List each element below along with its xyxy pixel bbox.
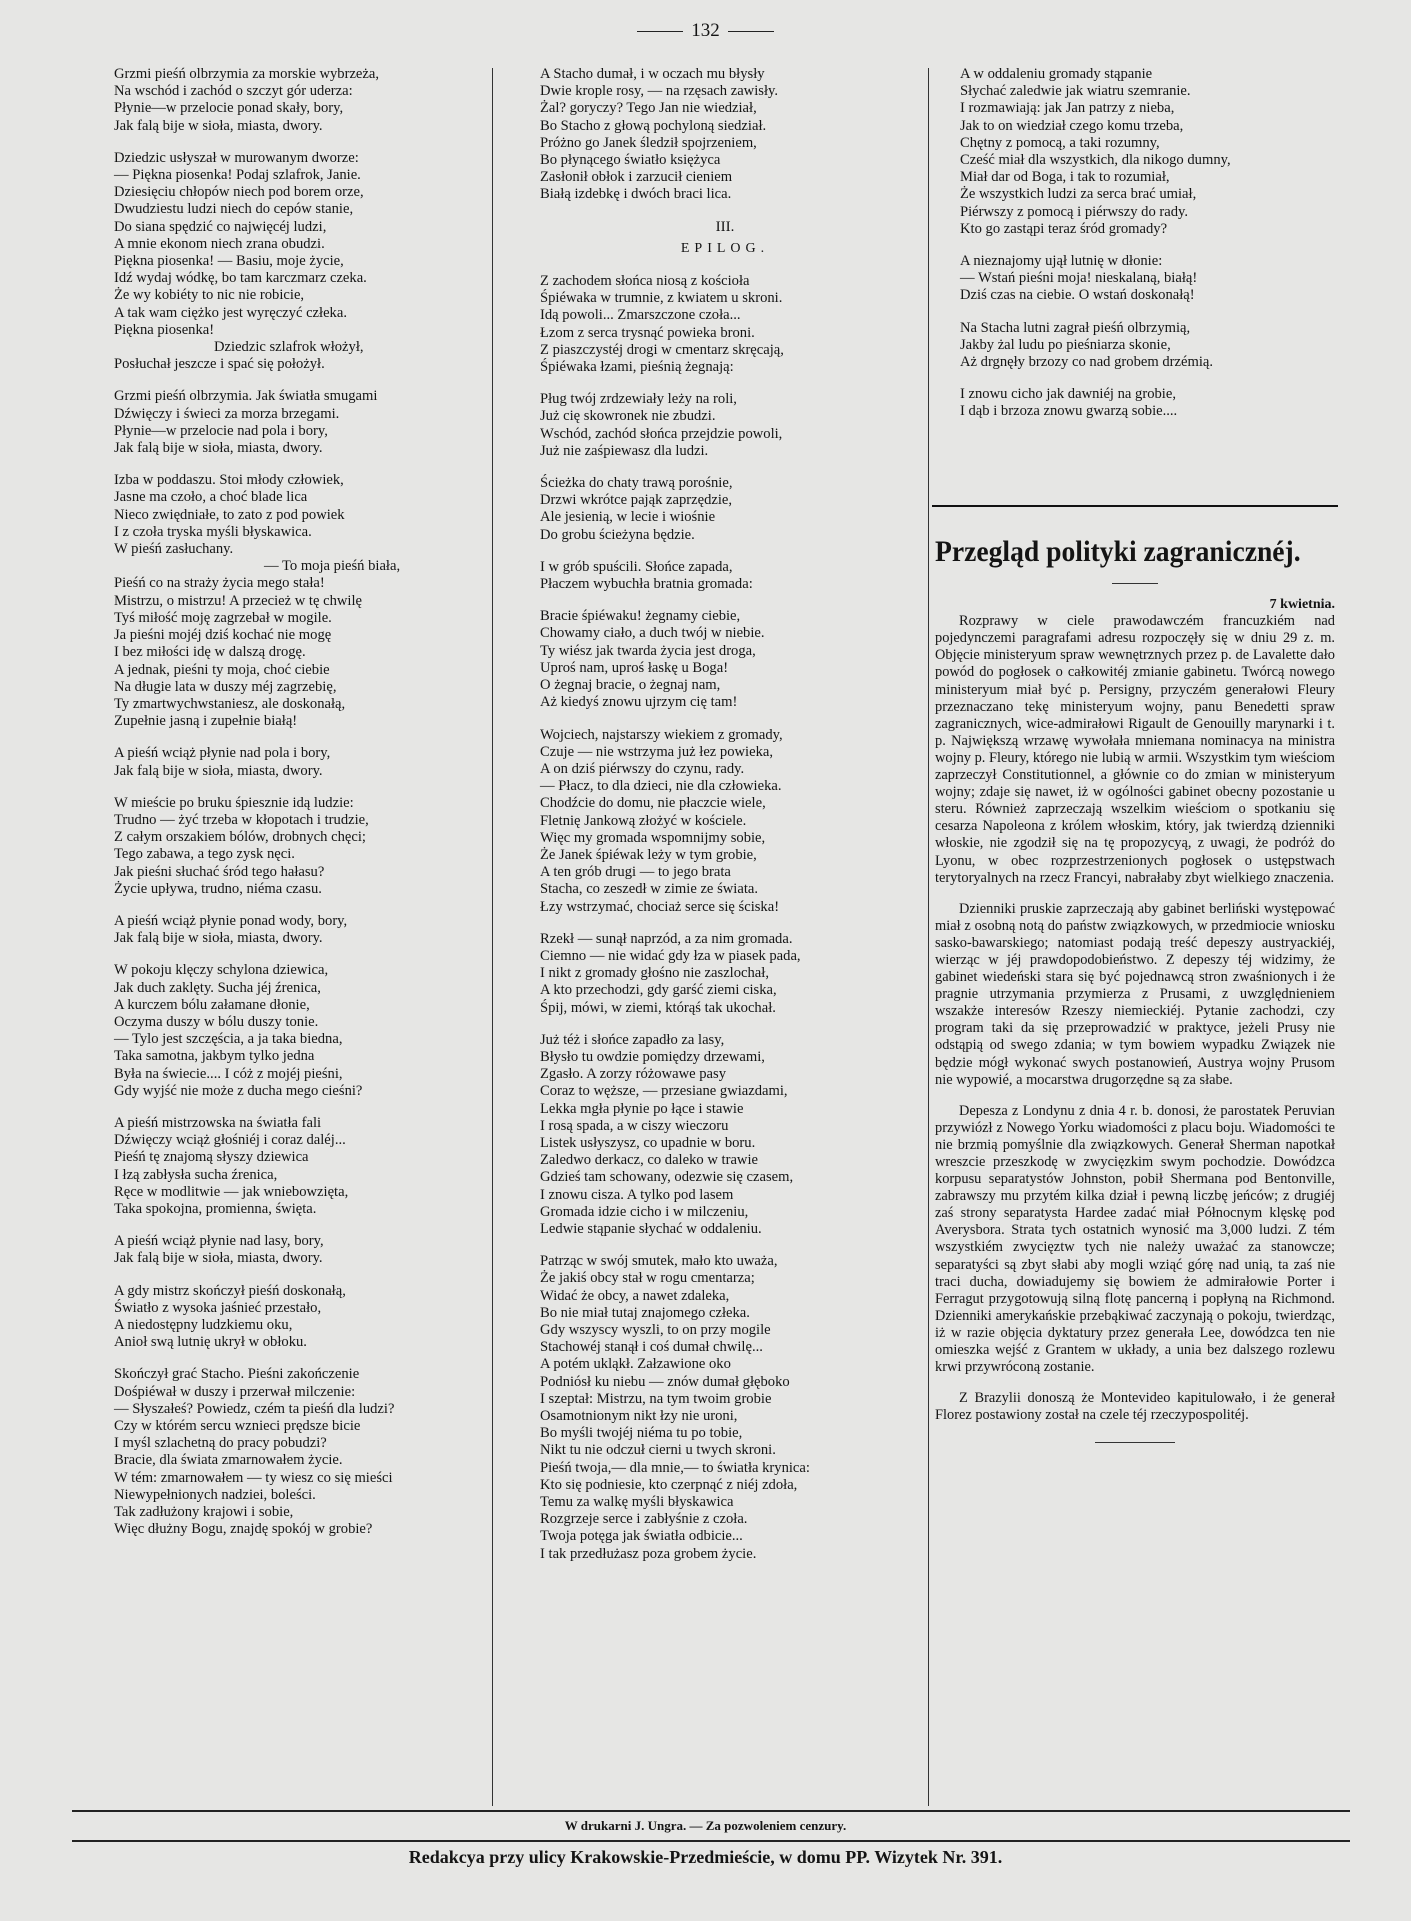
verse-line: Że wszystkich ludzi za serca brać umiał, xyxy=(960,186,1330,203)
verse-line: Idą powoli... Zmarszczone czoła... xyxy=(540,307,910,324)
title-rule xyxy=(1112,583,1158,584)
verse-line: Jak falą bije w sioła, miasta, dwory. xyxy=(114,1250,469,1267)
verse-line: Rzekł — sunął naprzód, a za nim gromada. xyxy=(540,931,910,948)
verse-line: I łzą zabłysła sucha źrenica, xyxy=(114,1167,469,1184)
verse-line: Osamotnionym nikt łzy nie uroni, xyxy=(540,1408,910,1425)
verse-line: Zupełnie jasną i zupełnie białą! xyxy=(114,713,469,730)
verse-line: Światło z wysoka jaśnieć przestało, xyxy=(114,1300,469,1317)
verse-line: Czuje — nie wstrzyma już łez powieka, xyxy=(540,744,910,761)
verse-line: Stachowéj stanął i coś dumał chwilę... xyxy=(540,1339,910,1356)
verse-line: Do siana spędzić co najwięcéj ludzi, xyxy=(114,219,469,236)
verse-line: I dąb i brzoza znowu gwarzą sobie.... xyxy=(960,403,1330,420)
verse-line: Jak falą bije w sioła, miasta, dwory. xyxy=(114,763,469,780)
stanza: W mieście po bruku śpiesznie idą ludzie:… xyxy=(114,795,469,898)
stanza: A pieśń wciąż płynie nad pola i bory,Jak… xyxy=(114,745,469,779)
verse-line: — Słyszałeś? Powiedz, czém ta pieśń dla … xyxy=(114,1401,469,1418)
verse-line: I bez miłości idę w dalszą drogę. xyxy=(114,644,469,661)
footer-rule xyxy=(72,1840,1350,1842)
verse-line: A on dziś piérwszy do czynu, rady. xyxy=(540,761,910,778)
verse-line: Była na świecie.... I cóż z mojéj pieśni… xyxy=(114,1066,469,1083)
stanza: W pokoju klęczy schylona dziewica,Jak du… xyxy=(114,962,469,1100)
verse-line: Już téż i słońce zapadło za lasy, xyxy=(540,1032,910,1049)
verse-line: Mistrzu, o mistrzu! A przecież w tę chwi… xyxy=(114,593,469,610)
verse-line: Oczyma duszy w bólu duszy tonie. xyxy=(114,1014,469,1031)
verse-line: Idź wydaj wódkę, bo tam karczmarz czeka. xyxy=(114,270,469,287)
verse-line: Do grobu ścieżyna będzie. xyxy=(540,527,910,544)
verse-line: O żegnaj bracie, o żegnaj nam, xyxy=(540,677,910,694)
verse-line: Jak pieśni słuchać śród tego hałasu? xyxy=(114,864,469,881)
verse-line: Na wschód i zachód o szczyt gór uderza: xyxy=(114,83,469,100)
verse-line: Płynie—w przelocie ponad skały, bory, xyxy=(114,100,469,117)
article-paragraph: Depesza z Londynu z dnia 4 r. b. donosi,… xyxy=(935,1103,1335,1377)
verse-line: Anioł swą lutnię ukrył w obłoku. xyxy=(114,1334,469,1351)
column-2-poem: A Stacho dumał, i w oczach mu błysłyDwie… xyxy=(540,66,910,1578)
verse-line: Jak duch zaklęty. Sucha jéj źrenica, xyxy=(114,980,469,997)
verse-line: Więc my gromada wspomnijmy sobie, xyxy=(540,830,910,847)
verse-line: A gdy mistrz skończył pieśń doskonałą, xyxy=(114,1283,469,1300)
verse-line: Chowamy ciało, a duch twój w niebie. xyxy=(540,625,910,642)
verse-line: Piękna piosenka! — Basiu, moje życie, xyxy=(114,253,469,270)
verse-line: Ty zmartwychwstaniesz, ale doskonałą, xyxy=(114,696,469,713)
verse-line: Dziesięciu chłopów niech pod borem orze, xyxy=(114,184,469,201)
verse-line: Kto się podniesie, kto czerpnąć z niéj z… xyxy=(540,1477,910,1494)
verse-line: Bo płynącego światło księżyca xyxy=(540,152,910,169)
foreign-policy-article: Przegląd polityki zagranicznéj. 7 kwietn… xyxy=(935,535,1335,1461)
verse-line: Pieśń tę znajomą słyszy dziewica xyxy=(114,1149,469,1166)
verse-line: Bracie, dla świata zmarnowałem życie. xyxy=(114,1452,469,1469)
verse-line: I w grób spuścili. Słońce zapada, xyxy=(540,559,910,576)
verse-line: — Płacz, to dla dzieci, nie dla człowiek… xyxy=(540,778,910,795)
verse-line: Gdy wyjść nie może z ducha mego cieśni? xyxy=(114,1083,469,1100)
article-paragraph: Z Brazylii donoszą że Montevideo kapitul… xyxy=(935,1390,1335,1424)
verse-line: — Tylo jest szczęścia, a ja taka biedna, xyxy=(114,1031,469,1048)
verse-line: Izba w poddaszu. Stoi młody człowiek, xyxy=(114,472,469,489)
stanza: I w grób spuścili. Słońce zapada,Płaczem… xyxy=(540,559,910,593)
verse-line: I nikt z gromady głośno nie zaszlochał, xyxy=(540,965,910,982)
verse-line: Listek usłyszysz, co upadnie w boru. xyxy=(540,1135,910,1152)
stanza: Na Stacha lutni zagrał pieśń olbrzymią,J… xyxy=(960,320,1330,372)
verse-line: Tyś miłość moję zagrzebał w mogile. xyxy=(114,610,469,627)
column-divider xyxy=(492,68,493,1806)
verse-line: W pokoju klęczy schylona dziewica, xyxy=(114,962,469,979)
verse-line: Aż drgnęły brzozy co nad grobem drzémią. xyxy=(960,354,1330,371)
verse-line: I tak przedłużasz poza grobem życie. xyxy=(540,1546,910,1563)
verse-line: Słychać zaledwie jak wiatru szemranie. xyxy=(960,83,1330,100)
verse-line: Stacha, co zeszedł w zimie ze świata. xyxy=(540,881,910,898)
verse-line: Ja pieśni mojéj dziś kochać nie mogę xyxy=(114,627,469,644)
verse-line: Jak falą bije w sioła, miasta, dwory. xyxy=(114,440,469,457)
verse-line: Gdy wszyscy wyszli, to on przy mogile xyxy=(540,1322,910,1339)
verse-line: Że wy kobiéty to nic nie robicie, xyxy=(114,287,469,304)
verse-line: Twoja potęga jak światła odbicie... xyxy=(540,1528,910,1545)
verse-line: Że Janek śpiéwak leży w tym grobie, xyxy=(540,847,910,864)
stanza: Grzmi pieśń olbrzymia za morskie wybrzeż… xyxy=(114,66,469,135)
verse-line: A pieśń wciąż płynie ponad wody, bory, xyxy=(114,913,469,930)
verse-line: Próżno go Janek śledził spojrzeniem, xyxy=(540,135,910,152)
verse-line: Bracie śpiéwaku! żegnamy ciebie, xyxy=(540,608,910,625)
verse-line: A ten grób drugi — to jego brata xyxy=(540,864,910,881)
verse-line: Białą izdebkę i dwóch braci lica. xyxy=(540,186,910,203)
stanza: Wojciech, najstarszy wiekiem z gromady,C… xyxy=(540,727,910,916)
verse-line: Widać że obcy, a nawet zdaleka, xyxy=(540,1288,910,1305)
stanza: Skończył grać Stacho. Pieśni zakończenie… xyxy=(114,1366,469,1538)
verse-line: Gromada idzie cicho i w milczeniu, xyxy=(540,1204,910,1221)
verse-line: Wojciech, najstarszy wiekiem z gromady, xyxy=(540,727,910,744)
verse-line: Uproś nam, uproś łaskę u Boga! xyxy=(540,660,910,677)
verse-line: Już cię skowronek nie zbudzi. xyxy=(540,408,910,425)
verse-line: Łzy wstrzymać, chociaż serce się ściska! xyxy=(540,899,910,916)
verse-line: Śpij, mówi, w ziemi, którąś tak ukochał. xyxy=(540,1000,910,1017)
article-date: 7 kwietnia. xyxy=(935,596,1335,613)
stanza: A nieznajomy ujął lutnię w dłonie:— Wsta… xyxy=(960,253,1330,305)
verse-line: Pług twój zrdzewiały leży na roli, xyxy=(540,391,910,408)
verse-line: Z piaszczystéj drogi w cmentarz skręcają… xyxy=(540,342,910,359)
verse-line: A w oddaleniu gromady stąpanie xyxy=(960,66,1330,83)
stanza: Bracie śpiéwaku! żegnamy ciebie,Chowamy … xyxy=(540,608,910,711)
verse-line: Fletnię Jankową złożyć w kościele. xyxy=(540,813,910,830)
verse-line: Chodźcie do domu, nie płaczcie wiele, xyxy=(540,795,910,812)
stanza: A Stacho dumał, i w oczach mu błysłyDwie… xyxy=(540,66,910,204)
verse-line: Czy w którém sercu wznieci prędsze bicie xyxy=(114,1418,469,1435)
column-divider xyxy=(928,68,929,1806)
verse-line: Życie upływa, trudno, niéma czasu. xyxy=(114,881,469,898)
verse-line: Na długie lata w duszy méj zagrzebię, xyxy=(114,679,469,696)
verse-line: Zgasło. A zorzy różowawe pasy xyxy=(540,1066,910,1083)
verse-line: I myśl szlachetną do pracy pobudzi? xyxy=(114,1435,469,1452)
verse-line: A jednak, pieśni ty moja, choć ciebie xyxy=(114,662,469,679)
verse-line: — Piękna piosenka! Podaj szlafrok, Janie… xyxy=(114,167,469,184)
verse-line: Że jakiś obcy stał w rogu cmentarza; xyxy=(540,1270,910,1287)
verse-line: Trudno — żyć trzeba w kłopotach i trudzi… xyxy=(114,812,469,829)
article-paragraph: Dzienniki pruskie zaprzeczają aby gabine… xyxy=(935,901,1335,1089)
verse-line: Dośpiéwał w duszy i przerwał milczenie: xyxy=(114,1384,469,1401)
verse-line: Żal? goryczy? Tego Jan nie wiedział, xyxy=(540,100,910,117)
verse-line: Jak falą bije w sioła, miasta, dwory. xyxy=(114,118,469,135)
stanza: A w oddaleniu gromady stąpanieSłychać za… xyxy=(960,66,1330,238)
verse-line: A pieśń wciąż płynie nad pola i bory, xyxy=(114,745,469,762)
verse-line: Grzmi pieśń olbrzymia. Jak światła smuga… xyxy=(114,388,469,405)
verse-line: A niedostępny ludzkiemu oku, xyxy=(114,1317,469,1334)
stanza: Izba w poddaszu. Stoi młody człowiek,Jas… xyxy=(114,472,469,730)
verse-line: — To moja pieśń biała, xyxy=(114,558,469,575)
verse-line: Jak falą bije w sioła, miasta, dwory. xyxy=(114,930,469,947)
editorial-address: Redakcya przy ulicy Krakowskie-Przedmieś… xyxy=(0,1847,1411,1868)
verse-line: I znowu cicho jak dawniéj na grobie, xyxy=(960,386,1330,403)
verse-line: Grzmi pieśń olbrzymia za morskie wybrzeż… xyxy=(114,66,469,83)
verse-line: Ale jesienią, w lecie i wiośnie xyxy=(540,509,910,526)
verse-line: Ty wiész jak twarda życia jest droga, xyxy=(540,643,910,660)
verse-line: Aż kiedyś znowu ujrzym cię tam! xyxy=(540,694,910,711)
verse-line: Jakby żal ludu po pieśniarza skonie, xyxy=(960,337,1330,354)
verse-line: Śpiéwaka w trumnie, z kwiatem u skroni. xyxy=(540,290,910,307)
verse-line: Zaledwo derkacz, co daleko w trawie xyxy=(540,1152,910,1169)
stanza: A gdy mistrz skończył pieśń doskonałą,Św… xyxy=(114,1283,469,1352)
stanza: Rzekł — sunął naprzód, a za nim gromada.… xyxy=(540,931,910,1017)
verse-line: Miał dar od Boga, i tak to rozumiał, xyxy=(960,169,1330,186)
verse-line: Drzwi wkrótce pająk zaprzędzie, xyxy=(540,492,910,509)
verse-line: Z zachodem słońca niosą z kościoła xyxy=(540,273,910,290)
verse-line: Rozgrzeje serce i zabłyśnie z czoła. xyxy=(540,1511,910,1528)
verse-line: Błysło tu owdzie pomiędzy drzewami, xyxy=(540,1049,910,1066)
verse-line: W mieście po bruku śpiesznie idą ludzie: xyxy=(114,795,469,812)
verse-line: Tak zadłużony krajowi i sobie, xyxy=(114,1504,469,1521)
verse-line: Bo myśli twojéj niéma tu po tobie, xyxy=(540,1425,910,1442)
verse-line: Dźwięczy wciąż głośniéj i coraz daléj... xyxy=(114,1132,469,1149)
verse-line: Dwudziestu ludzi niech do cepów stanie, xyxy=(114,201,469,218)
verse-line: A nieznajomy ujął lutnię w dłonie: xyxy=(960,253,1330,270)
verse-line: I szeptał: Mistrzu, na tym twoim grobie xyxy=(540,1391,910,1408)
verse-line: — Wstań pieśni moja! nieskalaną, białą! xyxy=(960,270,1330,287)
stanza: Patrząc w swój smutek, mało kto uważa,Że… xyxy=(540,1253,910,1563)
stanza: Ścieżka do chaty trawą porośnie,Drzwi wk… xyxy=(540,475,910,544)
verse-line: Bo Stacho z głową pochyloną siedział. xyxy=(540,118,910,135)
stanza: A pieśń wciąż płynie nad lasy, bory,Jak … xyxy=(114,1233,469,1267)
stanza: A pieśń mistrzowska na światła faliDźwię… xyxy=(114,1115,469,1218)
column-3: A w oddaleniu gromady stąpanieSłychać za… xyxy=(960,66,1330,436)
verse-line: Płynie—w przelocie nad pola i bory, xyxy=(114,423,469,440)
verse-line: Na Stacha lutni zagrał pieśń olbrzymią, xyxy=(960,320,1330,337)
verse-line: Lekka mgła płynie po łące i stawie xyxy=(540,1101,910,1118)
stanza: Już téż i słońce zapadło za lasy,Błysło … xyxy=(540,1032,910,1238)
verse-line: Piérwszy z pomocą i piérwszy do rady. xyxy=(960,204,1330,221)
verse-line: Dwie krople rosy, — na rzęsach zawisły. xyxy=(540,83,910,100)
verse-line: Dźwięczy i świeci za morza brzegami. xyxy=(114,406,469,423)
article-paragraph: Rozprawy w ciele prawodawczém francuzkié… xyxy=(935,613,1335,887)
section-title: EPILOG. xyxy=(540,240,910,257)
verse-line: Już nie zaśpiewasz dla ludzi. xyxy=(540,443,910,460)
verse-line: Łzom z serca trysnąć powieka broni. xyxy=(540,325,910,342)
end-rule xyxy=(1095,1442,1175,1443)
verse-line: A kurczem bólu załamane dłonie, xyxy=(114,997,469,1014)
verse-line: Kto go zastąpi teraz śród gromady? xyxy=(960,221,1330,238)
verse-line: Wschód, zachód słońca przejdzie powoli, xyxy=(540,426,910,443)
verse-line: Z całym orszakiem bólów, drobnych chęci; xyxy=(114,829,469,846)
verse-line: Jak to on wiedział czego komu trzeba, xyxy=(960,118,1330,135)
verse-line: Ciemno — nie widać gdy łza w piasek pada… xyxy=(540,948,910,965)
verse-line: Posłuchał jeszcze i spać się położył. xyxy=(114,356,469,373)
section-number: III. xyxy=(540,219,910,236)
verse-line: Taka spokojna, promienna, święta. xyxy=(114,1201,469,1218)
page-number: 132 xyxy=(0,20,1411,42)
verse-line: Chętny z pomocą, a taki rozumny, xyxy=(960,135,1330,152)
stanza: Pług twój zrdzewiały leży na roli,Już ci… xyxy=(540,391,910,460)
verse-line: Dziś czas na ciebie. O wstań doskonałą! xyxy=(960,287,1330,304)
stanza: A pieśń wciąż płynie ponad wody, bory,Ja… xyxy=(114,913,469,947)
footer-rule xyxy=(72,1810,1350,1812)
verse-line: Zasłonił obłok i zarzucił cieniem xyxy=(540,169,910,186)
verse-line: Ręce w modlitwie — jak wniebowzięta, xyxy=(114,1184,469,1201)
verse-line: Pieśń co na straży życia mego stała! xyxy=(114,575,469,592)
verse-line: W pieśń zasłuchany. xyxy=(114,541,469,558)
stanza: I znowu cicho jak dawniéj na grobie,I dą… xyxy=(960,386,1330,420)
verse-line: I rozmawiają: jak Jan patrzy z nieba, xyxy=(960,100,1330,117)
verse-line: Piękna piosenka! xyxy=(114,322,469,339)
verse-line: Podniósł ku niebu — znów dumał głęboko xyxy=(540,1374,910,1391)
stanza: Z zachodem słońca niosą z kościołaŚpiéwa… xyxy=(540,273,910,376)
verse-line: A tak wam ciężko jest wyręczyć człeka. xyxy=(114,305,469,322)
verse-line: Dziedzic szlafrok włożył, xyxy=(114,339,469,356)
verse-line: Ledwie stąpanie słychać w oddaleniu. xyxy=(540,1221,910,1238)
verse-line: A kto przechodzi, gdy garść ziemi ciska, xyxy=(540,982,910,999)
verse-line: I rosą spada, a w ciszy wieczoru xyxy=(540,1118,910,1135)
section-rule xyxy=(932,505,1338,507)
verse-line: I z czoła tryska myśli błyskawica. xyxy=(114,524,469,541)
verse-line: Skończył grać Stacho. Pieśni zakończenie xyxy=(114,1366,469,1383)
verse-line: Płaczem wybuchła bratnia gromada: xyxy=(540,576,910,593)
verse-line: Coraz to węższe, — przesiane gwiazdami, xyxy=(540,1083,910,1100)
verse-line: Nikt tu nie odczuł cierni u twych skroni… xyxy=(540,1442,910,1459)
verse-line: A potém ukląkł. Załzawione oko xyxy=(540,1356,910,1373)
verse-line: Niewypełnionych nadziei, boleści. xyxy=(114,1487,469,1504)
verse-line: Jasne ma czoło, a choć blade lica xyxy=(114,489,469,506)
verse-line: Bo nie miał tutaj znajomego człeka. xyxy=(540,1305,910,1322)
verse-line: Pieśń twoja,— dla mnie,— to światła kryn… xyxy=(540,1460,910,1477)
verse-line: Dziedzic usłyszał w murowanym dworze: xyxy=(114,150,469,167)
verse-line: A pieśń mistrzowska na światła fali xyxy=(114,1115,469,1132)
verse-line: A pieśń wciąż płynie nad lasy, bory, xyxy=(114,1233,469,1250)
verse-line: Nieco zwiędniałe, to zato z pod powiek xyxy=(114,507,469,524)
verse-line: Patrząc w swój smutek, mało kto uważa, xyxy=(540,1253,910,1270)
verse-line: Ścieżka do chaty trawą porośnie, xyxy=(540,475,910,492)
verse-line: Śpiéwaka łzami, pieśnią żegnają: xyxy=(540,359,910,376)
stanza: Dziedzic usłyszał w murowanym dworze:— P… xyxy=(114,150,469,374)
article-title: Przegląd polityki zagranicznéj. xyxy=(935,535,1303,569)
verse-line: I znowu cisza. A tylko pod lasem xyxy=(540,1187,910,1204)
verse-line: Tego zabawa, a tego zysk nęci. xyxy=(114,846,469,863)
verse-line: W tém: zmarnowałem — ty wiesz co się mie… xyxy=(114,1470,469,1487)
column-1-poem: Grzmi pieśń olbrzymia za morskie wybrzeż… xyxy=(114,66,469,1553)
verse-line: A mnie ekonom niech zrana obudzi. xyxy=(114,236,469,253)
stanza: Grzmi pieśń olbrzymia. Jak światła smuga… xyxy=(114,388,469,457)
verse-line: Temu za walkę myśli błyskawica xyxy=(540,1494,910,1511)
printer-note: W drukarni J. Ungra. — Za pozwoleniem ce… xyxy=(0,1818,1411,1834)
verse-line: Taka samotna, jakbym tylko jedna xyxy=(114,1048,469,1065)
verse-line: Więc dłużny Bogu, znajdę spokój w grobie… xyxy=(114,1521,469,1538)
verse-line: Cześć miał dla wszystkich, dla nikogo du… xyxy=(960,152,1330,169)
verse-line: Gdzieś tam schowany, odezwie się czasem, xyxy=(540,1169,910,1186)
verse-line: A Stacho dumał, i w oczach mu błysły xyxy=(540,66,910,83)
